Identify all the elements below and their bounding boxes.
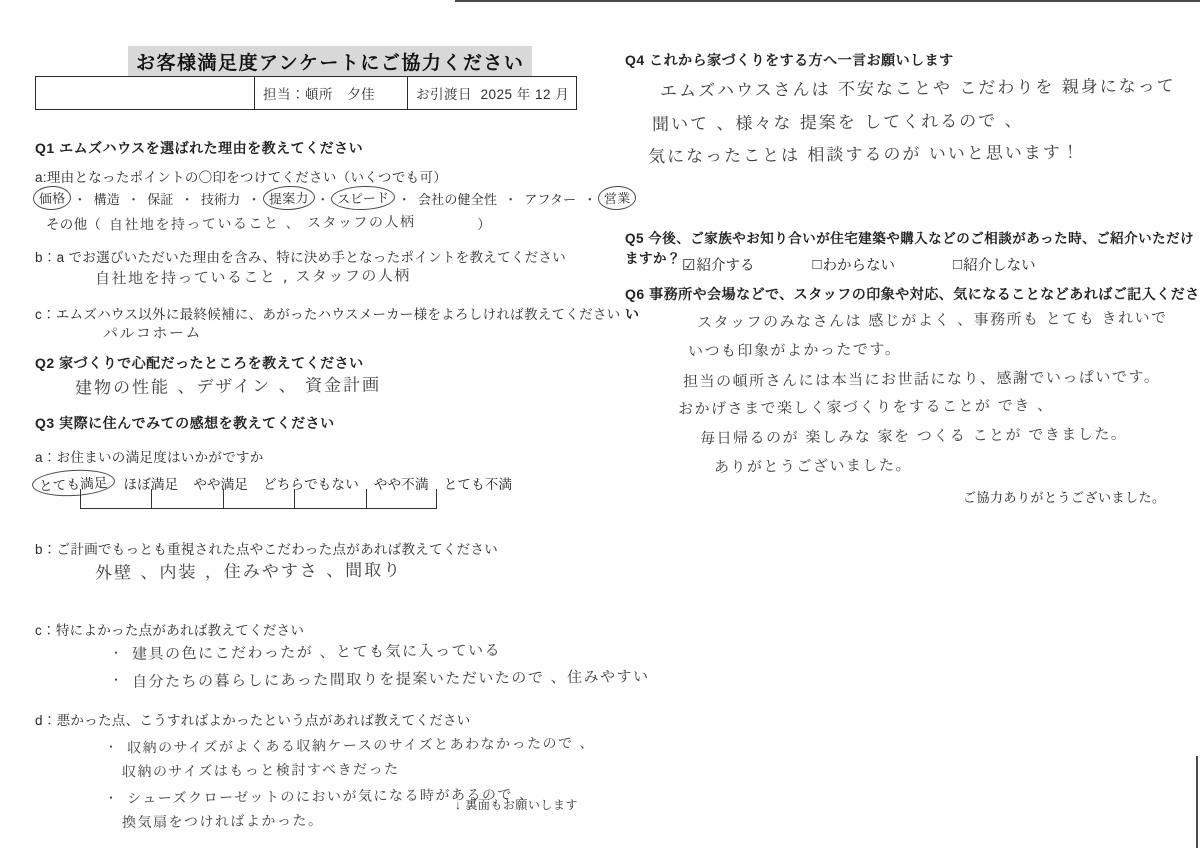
customer-name-cell [36,77,254,109]
q6-answer-line-5-handwriting: 毎日帰るのが 楽しみな 家を つくる ことが できました。 [700,423,1128,448]
q1-c-answer-handwriting: パルコホーム [103,321,202,343]
q6-answer-line-2-handwriting: いつも印象がよかったです。 [688,338,902,361]
q2-title: Q2 家づくりで心配だったところを教えてください [35,353,364,373]
handover-value: 2025 年 12 月 [481,83,570,103]
scale-tick [366,489,367,508]
q4-answer-line-2-handwriting: 聞いて 、様々な 提案を してくれるので 、 [652,106,1024,135]
option-separator: ・ [583,189,596,208]
header-table: 担当： 頓所 夕佳 お引渡日 2025 年 12 月 [35,76,577,110]
q3-b-label: b：ご計画でもっとも重視された点やこだわった点があれば教えてください [35,538,498,558]
bullet-dot: ・ [110,671,122,688]
q1-option-speed: スピード [331,185,396,211]
q3-a-label: a：お住まいの満足度はいかがですか [35,446,264,466]
option-separator: ・ [247,189,260,208]
scale-tick [151,489,152,508]
scan-artifact-top [455,0,1200,2]
q3-d-label: d：悪かった点、こうすればよかったという点があれば教えてください [35,709,471,729]
q1-option-after: アフター [522,189,578,208]
q1-other-answer-handwriting: 自社地を持っていること 、 スタッフの人柄 [109,211,409,234]
scale-tick [436,489,437,508]
q3-d-answer-1: ・ 収納のサイズがよくある収納ケースのサイズとあわなかったので 、 [105,735,595,755]
q3-c-answer-2-handwriting: 自分たちの暮らしにあった間取りを提案いただいたので 、住みやすい [132,665,650,691]
scale-very-dissatisfied: とても不満 [444,473,513,493]
q5-option-unsure-label: わからない [823,254,896,275]
staff-cell: 担当： 頓所 夕佳 [254,77,407,109]
q2-answer-handwriting: 建物の性能 、デザイン 、 資金計画 [75,370,381,398]
q1-title: Q1 エムズハウスを選ばれた理由を教えてください [35,138,363,158]
q1-other-row: その他（ 自社地を持っていること 、 スタッフの人柄 ） [46,213,491,233]
page-title: お客様満足度アンケートにご協力ください [128,46,532,77]
option-separator: ・ [127,189,140,208]
handover-label: お引渡日 [416,83,472,103]
q4-answer-line-3-handwriting: 気になったことは 相談するのが いいと思います！ [648,138,1081,168]
option-separator: ・ [73,189,86,208]
q3-c-answer-2: ・ 自分たちの暮らしにあった間取りを提案いただいたので 、住みやすい [110,668,650,689]
staff-label: 担当： [263,83,305,103]
bullet-dot: ・ [105,738,117,755]
option-separator: ・ [504,189,517,208]
q3-d-answer-1-line-2-handwriting: 収納のサイズはもっと検討すべきだった [122,759,400,782]
q1-options-row: 価格 ・ 構造 ・ 保証 ・ 技術力 ・ 提案力 ・ スピード ・ 会社の健全性… [36,188,634,208]
bullet-dot: ・ [110,644,122,661]
scale-tick [223,489,224,508]
q4-title: Q4 これから家づくりをする方へ一言お願いします [625,50,954,70]
option-separator: ・ [398,189,411,208]
footer-thanks-note: ご協力ありがとうございました。 [963,487,1166,506]
q1-other-label: その他（ [46,213,101,233]
back-side-note: ↓ 裏面もお願いします [455,796,578,813]
q1-b-label: b：a でお選びいただいた理由を含み、特に決め手となったポイントを教えてください [35,246,566,266]
scale-tick [294,489,295,508]
checkbox-empty-icon: □ [812,256,821,273]
q1-option-warranty: 保証 [145,189,175,208]
option-separator: ・ [181,189,194,208]
checkbox-empty-icon: □ [953,256,962,273]
q1-option-technology: 技術力 [199,189,243,208]
q1-option-soundness: 会社の健全性 [416,189,499,208]
handover-cell: お引渡日 2025 年 12 月 [407,77,576,109]
q3-title: Q3 実際に住んでみての感想を教えてください [35,413,335,433]
q5-option-unsure: □ わからない [812,254,895,275]
q1-option-sales: 営業 [598,185,637,210]
q1-option-proposal: 提案力 [262,185,314,211]
q1-a-label: a:理由となったポイントの〇印をつけてください（いくつでも可） [35,166,447,186]
bullet-dot: ・ [105,789,117,806]
q3-c-answer-1: ・ 建具の色にこだわったが 、とても気に入っている [110,641,501,662]
satisfaction-scale-ruler [80,489,437,509]
q5-option-refer-checked: ☑ 紹介する [682,254,754,275]
q5-option-no-refer-label: 紹介しない [963,254,1036,275]
q6-answer-line-1-handwriting: スタッフのみなさんは 感じがよく 、事務所も とても きれいで [697,307,1168,333]
q1-other-close: ） [477,213,491,233]
q5-option-refer-label: 紹介する [696,254,754,275]
q6-answer-line-6-handwriting: ありがとうございました。 [714,454,912,477]
scan-artifact-right [1196,756,1198,848]
q3-d-answer-1-line-1-handwriting: 収納のサイズがよくある収納ケースのサイズとあわなかったので 、 [127,733,595,758]
q6-answer-line-3-handwriting: 担当の頓所さんには本当にお世話になり、感謝でいっぱいです。 [683,366,1161,392]
q4-answer-line-1-handwriting: エムズハウスさんは 不安なことや こだわりを 親身になって [660,71,1176,101]
option-separator: ・ [316,189,329,208]
q3-d-answer-2-line-2-handwriting: 換気扇をつければよかった。 [122,810,324,832]
q5-option-no-refer: □ 紹介しない [953,254,1036,275]
q1-c-label: c：エムズハウス以外に最終候補に、あがったハウスメーカー様をよろしければ教えてく… [35,303,621,323]
q5-options-row: ☑ 紹介する □ わからない □ 紹介しない [682,254,1094,275]
checkbox-checked-icon: ☑ [682,256,695,274]
scanned-survey-page: お客様満足度アンケートにご協力ください 担当： 頓所 夕佳 お引渡日 2025 … [0,0,1200,848]
q1-b-answer-handwriting: 自社地を持っていること , スタッフの人柄 [95,264,411,288]
q3-b-answer-handwriting: 外壁 、内装 ，住みやすさ 、間取り [95,555,402,583]
q3-c-label: c：特によかった点があれば教えてください [35,619,304,639]
q1-option-structure: 構造 [92,189,122,208]
staff-value: 頓所 夕佳 [305,83,375,103]
q6-answer-line-4-handwriting: おかげさまで楽しく家づくりをすることが でき 、 [678,394,1054,419]
q1-option-price: 価格 [33,185,72,210]
q3-c-answer-1-handwriting: 建具の色にこだわったが 、とても気に入っている [132,639,501,664]
scale-tick [80,489,81,508]
